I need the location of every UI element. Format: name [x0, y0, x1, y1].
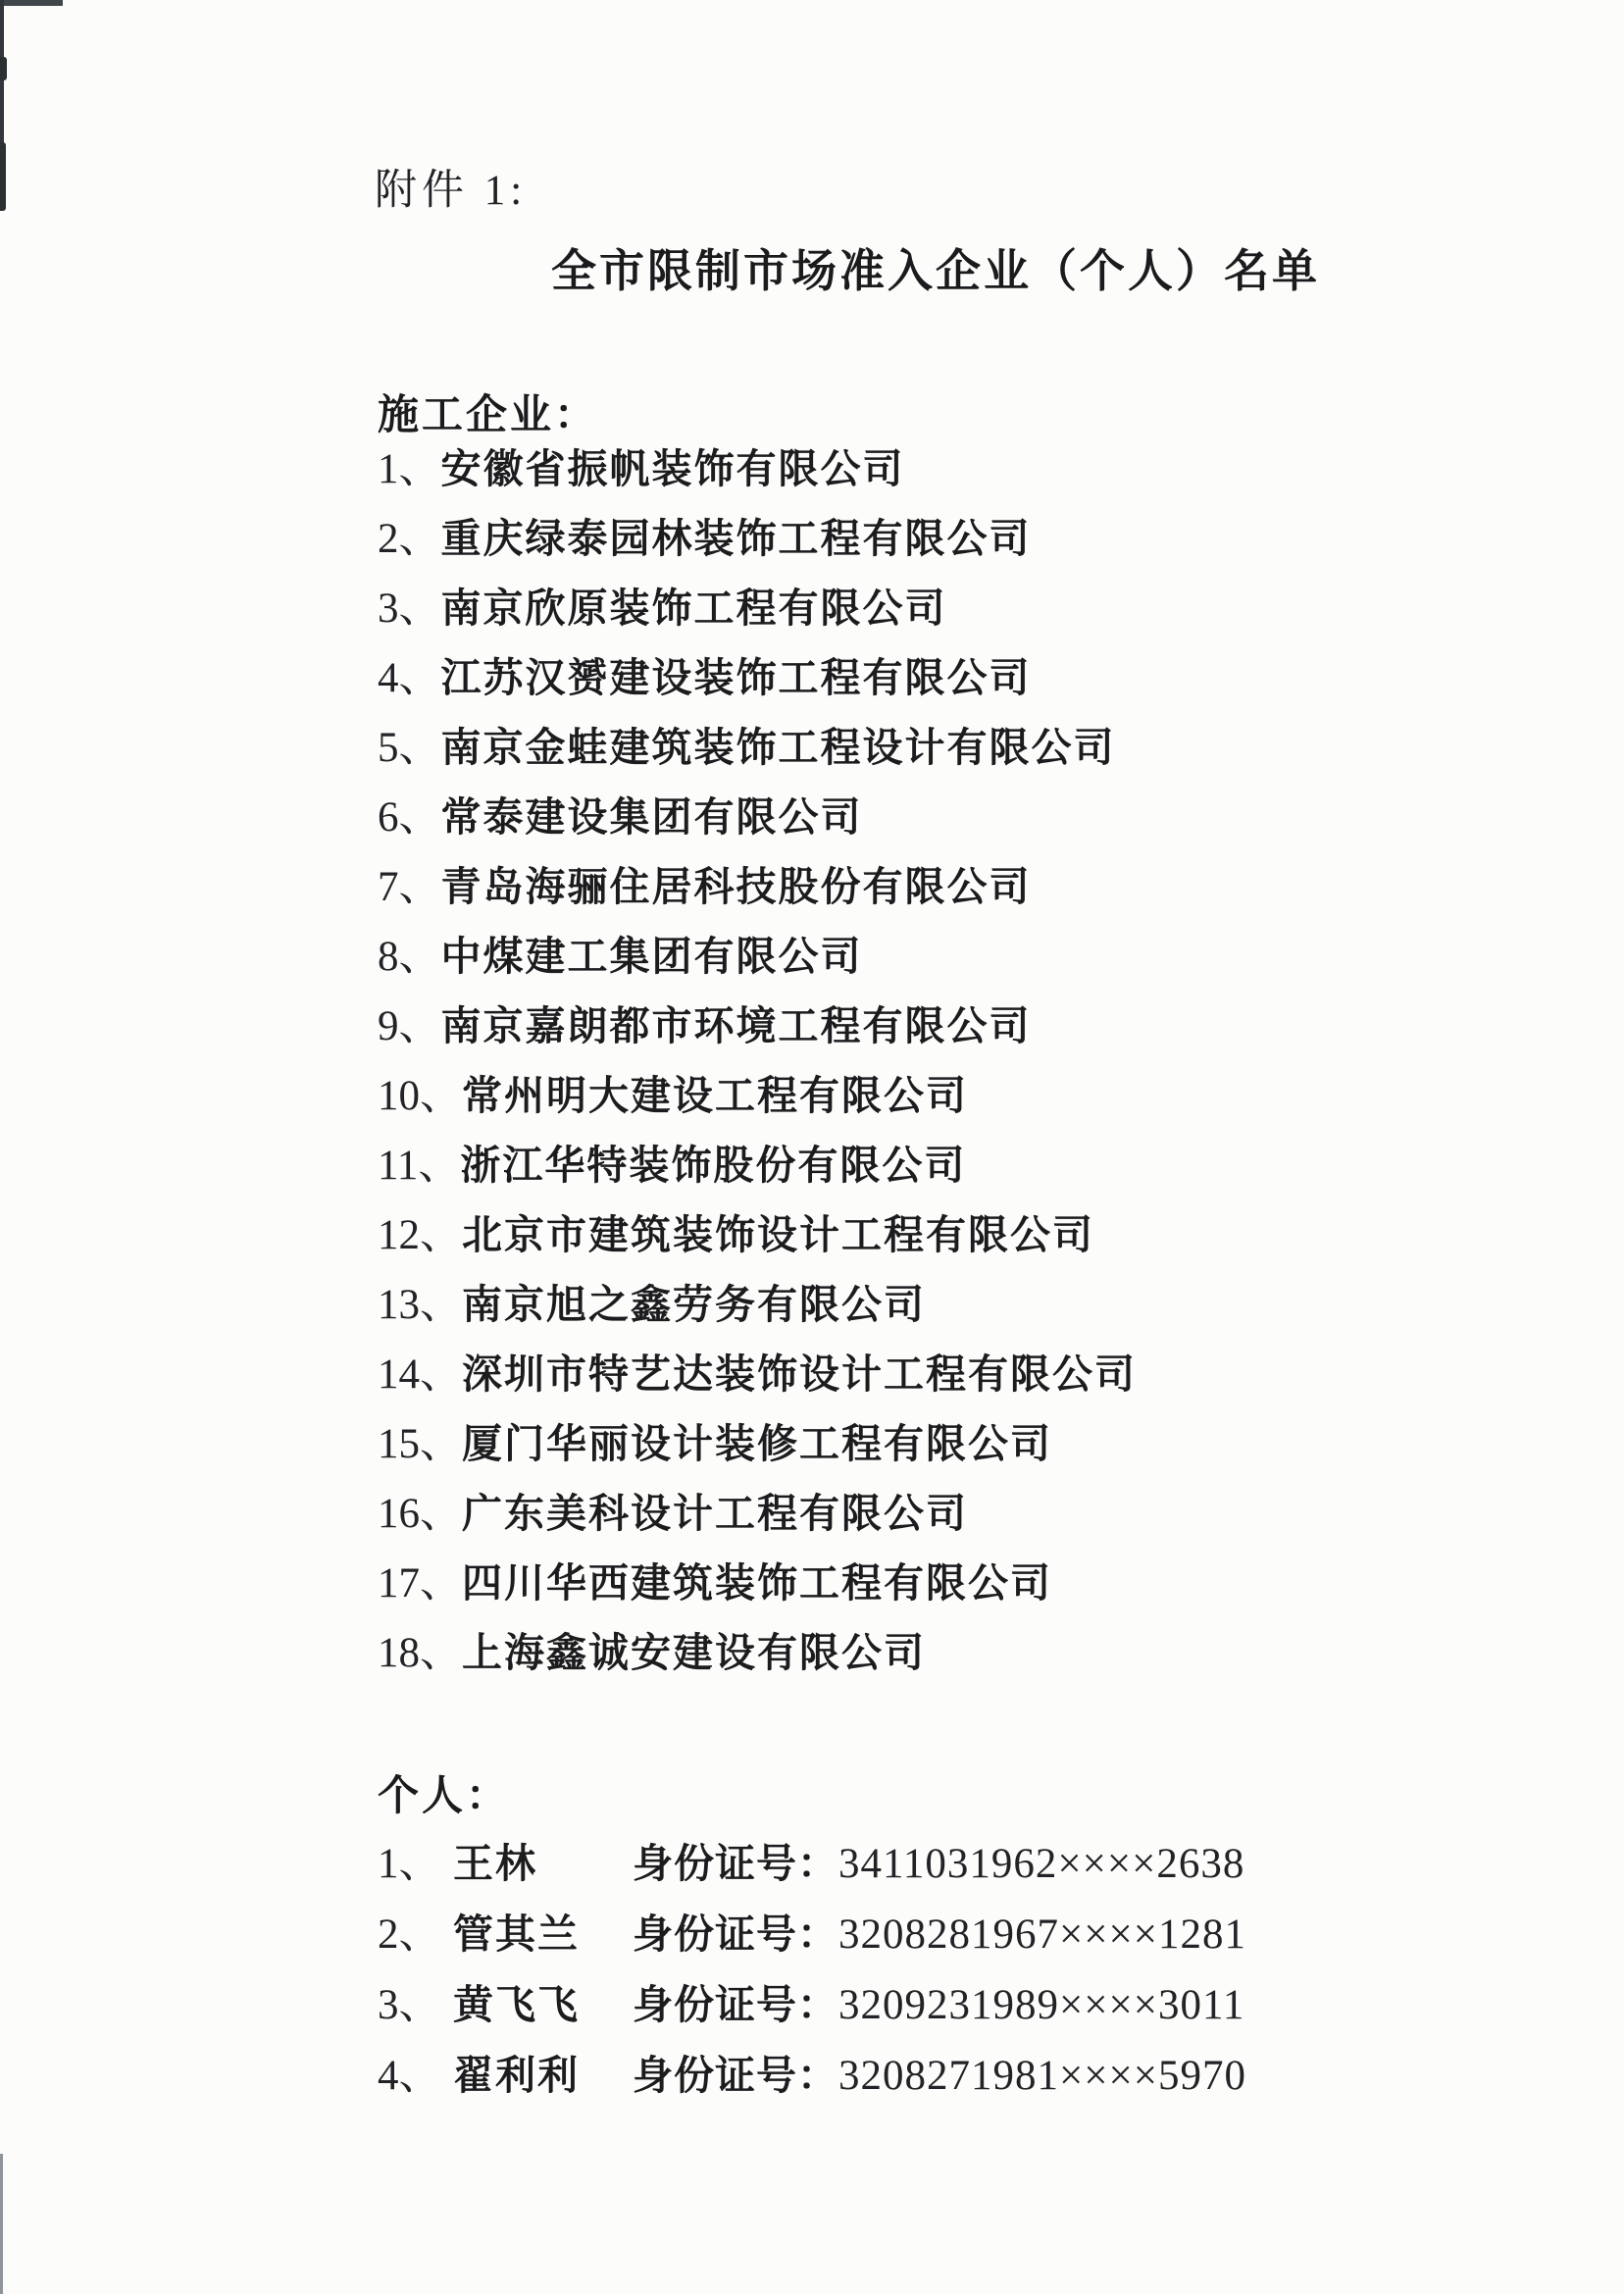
company-list-item: 7、青岛海骊住居科技股份有限公司	[378, 861, 1032, 922]
person-list-item: 4、翟利利身份证号：3208271981××××5970	[378, 2050, 1246, 2111]
item-number: 1、	[378, 444, 441, 495]
company-list-item: 10、常州明大建设工程有限公司	[378, 1070, 968, 1131]
person-list-item: 2、管其兰身份证号：3208281967××××1281	[378, 1909, 1246, 1969]
id-number-value: 3208281967××××1281	[838, 1912, 1246, 1958]
item-number: 14、	[378, 1350, 462, 1401]
person-name: 王林	[453, 1838, 633, 1889]
company-list-item: 8、中煤建工集团有限公司	[378, 931, 863, 992]
company-list-item: 4、江苏汉赟建设装饰工程有限公司	[378, 652, 1032, 713]
item-number: 17、	[378, 1558, 462, 1609]
item-number: 8、	[378, 932, 441, 983]
company-name: 广东美科设计工程有限公司	[462, 1491, 968, 1536]
item-number: 2、	[378, 514, 441, 565]
company-section-heading: 施工企业：	[378, 382, 598, 441]
company-list-item: 18、上海鑫诚安建设有限公司	[378, 1627, 926, 1688]
item-number: 4、	[378, 653, 441, 704]
item-number: 4、	[378, 2051, 453, 2102]
company-list-item: 15、厦门华丽设计装修工程有限公司	[378, 1418, 1052, 1479]
company-name: 南京旭之鑫劳务有限公司	[462, 1282, 926, 1327]
company-list-item: 16、广东美科设计工程有限公司	[378, 1488, 968, 1549]
item-number: 3、	[378, 584, 441, 635]
page-title: 全市限制市场准入企业（个人）名单	[551, 235, 1320, 300]
company-name: 常州明大建设工程有限公司	[462, 1073, 968, 1118]
id-number-label: 身份证号：	[633, 1982, 838, 2027]
company-name: 江苏汉赟建设装饰工程有限公司	[441, 655, 1032, 700]
company-list-item: 12、北京市建筑装饰设计工程有限公司	[378, 1209, 1094, 1270]
item-number: 10、	[378, 1071, 462, 1122]
scan-artifact-top-bar	[0, 0, 63, 6]
company-list-item: 1、安徽省振帆装饰有限公司	[378, 443, 905, 504]
company-name: 深圳市特艺达装饰设计工程有限公司	[462, 1351, 1137, 1397]
company-name: 南京欣原装饰工程有限公司	[441, 586, 947, 631]
company-name: 厦门华丽设计装修工程有限公司	[462, 1421, 1052, 1466]
scanned-document-page: 附件 1: 全市限制市场准入企业（个人）名单 施工企业： 1、安徽省振帆装饰有限…	[0, 0, 1624, 2294]
company-list-item: 14、深圳市特艺达装饰设计工程有限公司	[378, 1349, 1137, 1409]
person-name: 管其兰	[453, 1909, 633, 1960]
item-number: 2、	[378, 1910, 453, 1961]
scan-artifact-left-blob	[0, 57, 7, 80]
company-name: 中煤建工集团有限公司	[441, 934, 863, 979]
item-number: 15、	[378, 1419, 462, 1470]
company-list-item: 3、南京欣原装饰工程有限公司	[378, 583, 947, 643]
company-name: 四川华西建筑装饰工程有限公司	[462, 1560, 1052, 1606]
item-number: 11、	[378, 1141, 460, 1192]
company-list-item: 11、浙江华特装饰股份有限公司	[378, 1140, 966, 1200]
id-number-label: 身份证号：	[633, 1912, 838, 1957]
id-number-value: 3208271981××××5970	[838, 2053, 1246, 2099]
item-number: 5、	[378, 723, 441, 774]
scan-artifact-left-blob	[0, 142, 6, 211]
company-list-item: 17、四川华西建筑装饰工程有限公司	[378, 1557, 1052, 1618]
company-name: 安徽省振帆装饰有限公司	[441, 446, 905, 491]
company-name: 南京嘉朗都市环境工程有限公司	[441, 1003, 1032, 1048]
company-list-item: 5、南京金蛙建筑装饰工程设计有限公司	[378, 722, 1116, 783]
item-number: 12、	[378, 1210, 462, 1261]
company-name: 上海鑫诚安建设有限公司	[462, 1630, 926, 1675]
attachment-label: 附件 1:	[375, 157, 527, 217]
item-number: 18、	[378, 1628, 462, 1679]
id-number-value: 3411031962××××2638	[838, 1841, 1244, 1887]
company-name: 北京市建筑装饰设计工程有限公司	[462, 1212, 1094, 1257]
item-number: 1、	[378, 1839, 453, 1890]
person-name: 黄飞飞	[453, 1979, 633, 2030]
id-number-label: 身份证号：	[633, 2053, 838, 2098]
company-name: 青岛海骊住居科技股份有限公司	[441, 864, 1032, 909]
company-name: 浙江华特装饰股份有限公司	[460, 1143, 966, 1188]
id-number-value: 3209231989××××3011	[838, 1982, 1244, 2028]
item-number: 6、	[378, 792, 441, 843]
scan-artifact-left-edge-bottom	[0, 2154, 3, 2294]
item-number: 16、	[378, 1489, 462, 1540]
id-number-label: 身份证号：	[633, 1841, 838, 1886]
person-name: 翟利利	[453, 2050, 633, 2101]
item-number: 3、	[378, 1980, 453, 2031]
person-section-heading: 个人：	[378, 1763, 510, 1822]
company-list-item: 13、南京旭之鑫劳务有限公司	[378, 1279, 926, 1340]
company-name: 南京金蛙建筑装饰工程设计有限公司	[441, 725, 1116, 770]
person-list-item: 3、黄飞飞身份证号：3209231989××××3011	[378, 1979, 1244, 2040]
item-number: 9、	[378, 1001, 441, 1052]
company-list-item: 9、南京嘉朗都市环境工程有限公司	[378, 1000, 1032, 1061]
company-name: 常泰建设集团有限公司	[441, 794, 863, 840]
company-list-item: 6、常泰建设集团有限公司	[378, 791, 863, 852]
item-number: 13、	[378, 1280, 462, 1331]
person-list-item: 1、王林身份证号：3411031962××××2638	[378, 1838, 1244, 1899]
item-number: 7、	[378, 862, 441, 913]
company-list-item: 2、重庆绿泰园林装饰工程有限公司	[378, 513, 1032, 574]
company-name: 重庆绿泰园林装饰工程有限公司	[441, 516, 1032, 561]
